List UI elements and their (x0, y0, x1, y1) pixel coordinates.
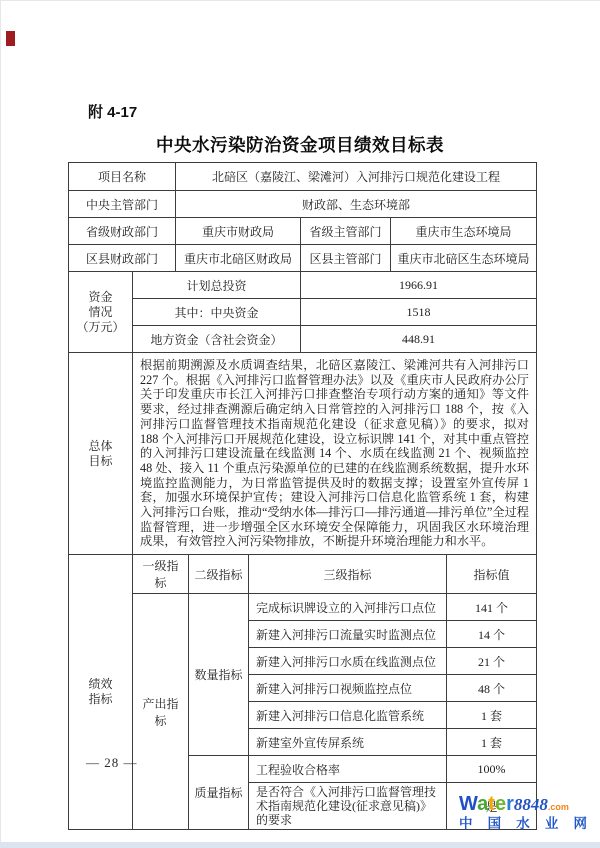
indicator-label: 是否符合《入河排污口监督管理技术指南规范化建设(征求意见稿)》的要求 (249, 783, 447, 830)
goal-label-line: 总体 (73, 439, 128, 454)
indicator-value: 100% (447, 756, 537, 783)
indicators-table: 绩效 指标 一级指标 二级指标 三级指标 指标值 产出指标 数量指标 完成标识牌… (68, 554, 537, 830)
county-finance-label: 区县财政部门 (69, 245, 176, 272)
site-name: 中 国 水 业 网 (459, 817, 587, 831)
site-name-char: 中 (459, 817, 473, 831)
indicator-value: 1 套 (447, 729, 537, 756)
brand-letter: a (477, 793, 488, 815)
table-header-row: 绩效 指标 一级指标 二级指标 三级指标 指标值 (69, 555, 537, 594)
indicator-label: 完成标识牌设立的入河排污口点位 (249, 594, 447, 621)
provincial-finance-label: 省级财政部门 (69, 218, 176, 245)
funding-row-value: 448.91 (301, 326, 537, 353)
central-dept-value: 财政部、生态环境部 (176, 191, 537, 218)
header-level3: 三级指标 (249, 555, 447, 594)
indicator-value: 141 个 (447, 594, 537, 621)
goal-text: 根据前期溯源及水质调查结果，北碚区嘉陵江、梁滩河共有入河排污口 227 个。根据… (133, 353, 537, 555)
quantity-indicator-label: 数量指标 (189, 594, 249, 756)
document-page: 附 4-17 中央水污染防治资金项目绩效目标表 项目名称 北碚区（嘉陵江、梁滩河… (0, 0, 600, 848)
performance-target-table: 项目名称 北碚区（嘉陵江、梁滩河）入河排污口规范化建设工程 中央主管部门 财政部… (68, 162, 536, 830)
brand-number: 8848 (514, 795, 548, 814)
table-row: 地方资金（含社会资金） 448.91 (69, 326, 537, 353)
goal-section-label: 总体 目标 (69, 353, 133, 555)
funding-section-label: 资金 情况 （万元） (69, 272, 133, 353)
goal-label-line: 目标 (73, 454, 128, 469)
page-title: 中央水污染防治资金项目绩效目标表 (0, 132, 600, 157)
county-dept-label: 区县主管部门 (301, 245, 391, 272)
attachment-label: 附 4-17 (88, 101, 137, 122)
provincial-dept-label: 省级主管部门 (301, 218, 391, 245)
overall-goal-table: 总体 目标 根据前期溯源及水质调查结果，北碚区嘉陵江、梁滩河共有入河排污口 22… (68, 352, 537, 555)
page-number: — 28 — (86, 755, 138, 771)
indicators-label-line: 指标 (73, 692, 128, 707)
table-row: 资金 情况 （万元） 计划总投资 1966.91 (69, 272, 537, 299)
indicator-value: 1 套 (447, 702, 537, 729)
indicator-label: 工程验收合格率 (249, 756, 447, 783)
brand-letter: r (506, 793, 514, 815)
funding-row-label: 地方资金（含社会资金） (133, 326, 301, 353)
site-name-char: 网 (574, 817, 588, 831)
brand-letter: W (459, 793, 477, 815)
quality-indicator-label: 质量指标 (189, 756, 249, 830)
indicator-label: 新建入河排污口视频监控点位 (249, 675, 447, 702)
county-dept-value: 重庆市北碚区生态环境局 (391, 245, 537, 272)
brand-letter: t (488, 793, 495, 815)
indicator-value: 21 个 (447, 648, 537, 675)
funding-label-line: （万元） (73, 320, 128, 335)
funding-table: 资金 情况 （万元） 计划总投资 1966.91 其中：中央资金 1518 地方… (68, 271, 537, 353)
header-value: 指标值 (447, 555, 537, 594)
table-row: 省级财政部门 重庆市财政局 省级主管部门 重庆市生态环境局 (69, 218, 537, 245)
indicators-label-line: 绩效 (73, 677, 128, 692)
brand-letter: e (495, 793, 506, 815)
brand-suffix: .com (548, 802, 569, 812)
project-info-table: 项目名称 北碚区（嘉陵江、梁滩河）入河排污口规范化建设工程 中央主管部门 财政部… (68, 162, 537, 272)
table-row: 项目名称 北碚区（嘉陵江、梁滩河）入河排污口规范化建设工程 (69, 163, 537, 191)
funding-row-label: 其中：中央资金 (133, 299, 301, 326)
project-name-value: 北碚区（嘉陵江、梁滩河）入河排污口规范化建设工程 (176, 163, 537, 191)
indicator-value: 48 个 (447, 675, 537, 702)
funding-label-line: 资金 (73, 290, 128, 305)
funding-row-label: 计划总投资 (133, 272, 301, 299)
header-level2: 二级指标 (189, 555, 249, 594)
funding-row-value: 1518 (301, 299, 537, 326)
indicator-label: 新建入河排污口信息化监管系统 (249, 702, 447, 729)
site-name-char: 水 (516, 817, 530, 831)
site-name-char: 国 (488, 817, 502, 831)
funding-label-line: 情况 (73, 305, 128, 320)
table-row: 产出指标 数量指标 完成标识牌设立的入河排污口点位 141 个 (69, 594, 537, 621)
output-indicator-label: 产出指标 (133, 594, 189, 830)
table-row: 中央主管部门 财政部、生态环境部 (69, 191, 537, 218)
indicator-label: 新建室外宣传屏系统 (249, 729, 447, 756)
central-dept-label: 中央主管部门 (69, 191, 176, 218)
water8848-logo: Water8848.com (459, 794, 587, 814)
indicator-label: 新建入河排污口流量实时监测点位 (249, 621, 447, 648)
table-row: 总体 目标 根据前期溯源及水质调查结果，北碚区嘉陵江、梁滩河共有入河排污口 22… (69, 353, 537, 555)
project-name-label: 项目名称 (69, 163, 176, 191)
table-row: 其中：中央资金 1518 (69, 299, 537, 326)
indicators-section-label: 绩效 指标 (69, 555, 133, 830)
provincial-finance-value: 重庆市财政局 (176, 218, 301, 245)
indicator-label: 新建入河排污口水质在线监测点位 (249, 648, 447, 675)
brand-word-water: Water (459, 793, 514, 815)
indicator-value: 14 个 (447, 621, 537, 648)
header-level1: 一级指标 (133, 555, 189, 594)
county-finance-value: 重庆市北碚区财政局 (176, 245, 301, 272)
red-corner-mark (6, 31, 15, 46)
table-row: 区县财政部门 重庆市北碚区财政局 区县主管部门 重庆市北碚区生态环境局 (69, 245, 537, 272)
provincial-dept-value: 重庆市生态环境局 (391, 218, 537, 245)
funding-row-value: 1966.91 (301, 272, 537, 299)
site-name-char: 业 (545, 817, 559, 831)
water8848-watermark: Water8848.com 中 国 水 业 网 (459, 794, 587, 831)
bottom-edge-strip (0, 842, 600, 848)
